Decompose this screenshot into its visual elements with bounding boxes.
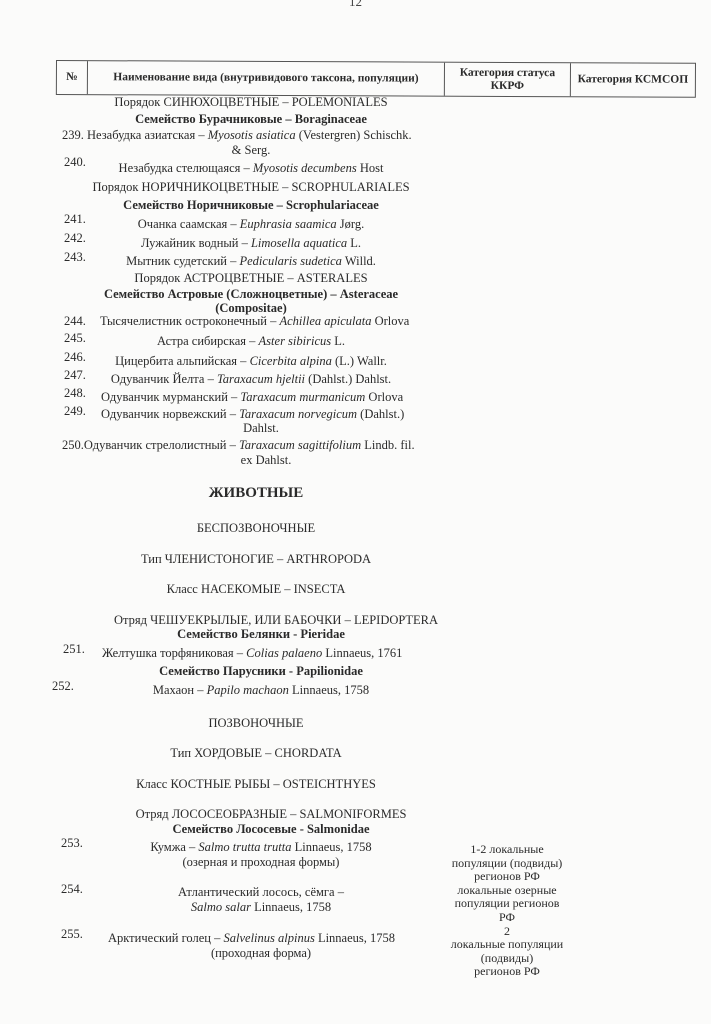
family-heading-cont: (Compositae)	[56, 301, 446, 315]
family-heading: Семейство Парусники - Papilionidae	[56, 664, 466, 678]
family-heading: Семейство Белянки - Pieridae	[56, 627, 466, 641]
order-heading: Отряд ЛОСОСЕОБРАЗНЫЕ – SALMONIFORMES	[56, 807, 486, 821]
species-row: Атлантический лосось, сёмга –	[56, 885, 466, 899]
order-heading: Отряд ЧЕШУЕКРЫЛЫЕ, ИЛИ БАБОЧКИ – LEPIDOP…	[56, 613, 496, 627]
order-heading: Порядок СИНЮХОЦВЕТНЫЕ – POLEMONIALES	[56, 95, 446, 109]
species-row-cont: Salmo salar Linnaeus, 1758	[56, 900, 466, 914]
species-row: Цицербита альпийская – Cicerbita alpina …	[56, 354, 446, 368]
header-num: №	[57, 61, 88, 94]
species-row: Мытник судетский – Pedicularis sudetica …	[56, 254, 446, 268]
order-heading: Порядок НОРИЧНИКОЦВЕТНЫЕ – SCROPHULARIAL…	[56, 180, 446, 194]
species-author-cont: Dahlst.	[56, 421, 466, 435]
species-number: 248.	[64, 386, 86, 400]
species-row: 239. Незабудка азиатская – Myosotis asia…	[62, 128, 412, 142]
species-author-cont: ex Dahlst.	[56, 453, 476, 467]
species-row: 250.Одуванчик стрелолистный – Taraxacum …	[62, 438, 415, 452]
class-heading: Класс НАСЕКОМЫЕ – INSECTA	[56, 582, 456, 596]
header-ksmsop: Категория КСМСОП	[571, 63, 695, 97]
species-number: 255.	[61, 927, 83, 941]
species-row: Очанка саамская – Euphrasia saamica Jørg…	[56, 217, 446, 231]
species-number: 251.	[63, 642, 85, 656]
species-note: (озерная и проходная формы)	[56, 855, 466, 869]
species-note: (проходная форма)	[56, 946, 466, 960]
species-row: Тысячелистник остроконечный – Achillea a…	[100, 314, 409, 328]
section-title: ЖИВОТНЫЕ	[56, 486, 456, 500]
type-heading: Тип ЧЛЕНИСТОНОГИЕ – ARTHROPODA	[56, 552, 456, 566]
table-header: № Наименование вида (внутривидового такс…	[56, 60, 696, 98]
species-row: Одуванчик мурманский – Taraxacum murmani…	[101, 390, 403, 404]
status-column: 1-2 локальные популяции (подвиды) регион…	[432, 843, 582, 979]
family-heading: Семейство Норичниковые – Scrophulariacea…	[56, 198, 446, 212]
family-heading: Семейство Бурачниковые – Boraginaceae	[56, 112, 446, 126]
subsection-heading: БЕСПОЗВОНОЧНЫЕ	[56, 521, 456, 535]
type-heading: Тип ХОРДОВЫЕ – CHORDATA	[56, 746, 456, 760]
order-heading: Порядок АСТРОЦВЕТНЫЕ – ASTERALES	[56, 271, 446, 285]
family-heading: Семейство Астровые (Сложноцветные) – Ast…	[56, 287, 446, 301]
page-number: 12	[0, 0, 711, 10]
subsection-heading: ПОЗВОНОЧНЫЕ	[56, 716, 456, 730]
class-heading: Класс КОСТНЫЕ РЫБЫ – OSTEICHTHYES	[56, 777, 456, 791]
family-heading: Семейство Лососевые - Salmonidae	[56, 822, 486, 836]
header-kkrf: Категория статуса ККРФ	[445, 63, 571, 97]
species-row: Незабудка стелющаяся – Myosotis decumben…	[56, 161, 446, 175]
species-row: Арктический голец – Salvelinus alpinus L…	[108, 931, 395, 945]
species-row: Астра сибирская – Aster sibiricus L.	[56, 334, 446, 348]
species-row: Желтушка торфяниковая – Colias palaeno L…	[102, 646, 402, 660]
species-number: 244.	[64, 314, 86, 328]
species-author-cont: & Serg.	[56, 143, 446, 157]
species-row: Одуванчик норвежский – Taraxacum norvegi…	[101, 407, 404, 421]
species-number: 249.	[64, 404, 86, 418]
species-row: Махаон – Papilo machaon Linnaeus, 1758	[56, 683, 466, 697]
species-row: Кумжа – Salmo trutta trutta Linnaeus, 17…	[56, 840, 466, 854]
species-row: Лужайник водный – Limosella aquatica L.	[56, 236, 446, 250]
header-species-name: Наименование вида (внутривидового таксон…	[88, 61, 445, 96]
species-row: Одуванчик Йелта – Taraxacum hjeltii (Dah…	[56, 372, 446, 386]
